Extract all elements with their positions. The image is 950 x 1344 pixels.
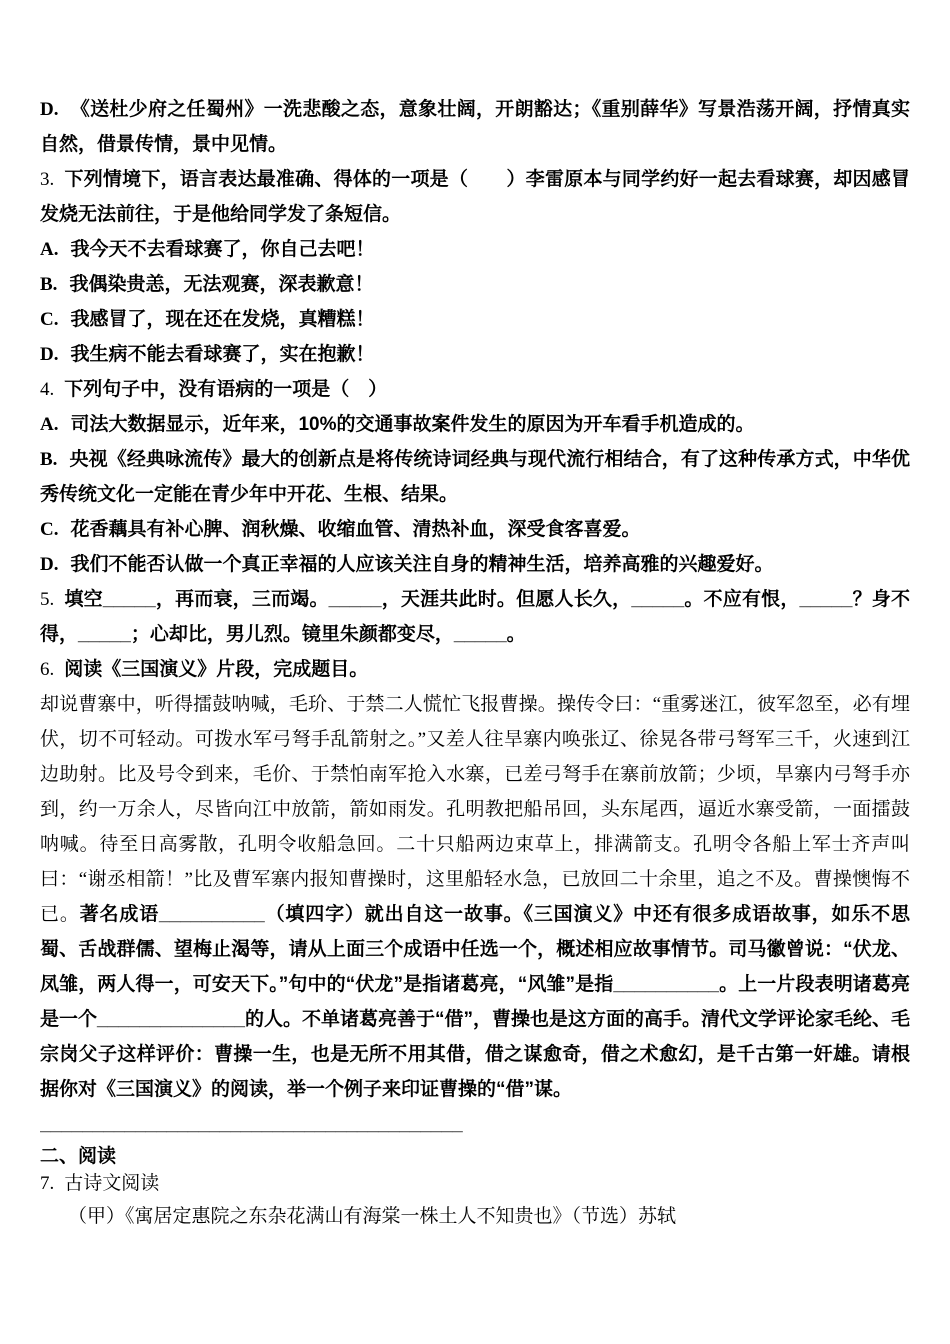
option-label: B.	[40, 274, 57, 295]
question-3-stem: 3.下列情境下，语言表达最准确、得体的一项是（ ）李雷原本与同学约好一起去看球赛…	[40, 162, 910, 232]
question-4-option-d: D.我们不能否认做一个真正幸福的人应该关注自身的精神生活，培养高雅的兴趣爱好。	[40, 547, 910, 582]
option-text: 我生病不能去看球赛了，实在抱歉！	[70, 344, 374, 365]
question-text: 下列情境下，语言表达最准确、得体的一项是（ ）李雷原本与同学约好一起去看球赛，却…	[40, 169, 910, 225]
option-label: C.	[40, 519, 58, 540]
answer-blank-line: ________________________________________	[40, 1107, 910, 1142]
option-text: 央视《经典咏流传》最大的创新点是将传统诗词经典与现代流行相结合，有了这种传承方式…	[40, 449, 910, 505]
question-text: 填空_____，再而衰，三而竭。_____，天涯共此时。但愿人长久，_____。…	[40, 589, 910, 645]
question-4-option-c: C.花香藕具有补心脾、润秋燥、收缩血管、清热补血，深受食客喜爱。	[40, 512, 910, 547]
option-label: D.	[40, 344, 58, 365]
exam-page: D.《送杜少府之任蜀州》一洗悲酸之态，意象壮阔，开朗豁达；《重别薛华》写景浩荡开…	[0, 0, 950, 1344]
passage-title-text: （甲）《寓居定惠院之东杂花满山有海棠一株土人不知贵也》（节选）苏轼	[68, 1206, 676, 1227]
option-label: A.	[40, 414, 58, 435]
option-text: 司法大数据显示，近年来，10%的交通事故案件发生的原因为开车看手机造成的。	[70, 414, 754, 435]
option-text: 我今天不去看球赛了，你自己去吧！	[70, 239, 374, 260]
option-label: C.	[40, 309, 58, 330]
question-3-option-d: D.我生病不能去看球赛了，实在抱歉！	[40, 337, 910, 372]
question-4-option-a: A.司法大数据显示，近年来，10%的交通事故案件发生的原因为开车看手机造成的。	[40, 407, 910, 442]
reading-passage-title: （甲）《寓居定惠院之东杂花满山有海棠一株土人不知贵也》（节选）苏轼	[40, 1202, 910, 1232]
option-text: 花香藕具有补心脾、润秋燥、收缩血管、清热补血，深受食客喜爱。	[70, 519, 640, 540]
question-number: 5.	[40, 589, 54, 610]
question-text: 下列句子中，没有语病的一项是（ ）	[64, 379, 387, 400]
question-text: 古诗文阅读	[64, 1173, 159, 1194]
question-3-option-a: A.我今天不去看球赛了，你自己去吧！	[40, 232, 910, 267]
question-text: 阅读《三国演义》片段，完成题目。	[64, 659, 368, 680]
blank-underline: ________________________________________	[40, 1114, 463, 1135]
prev-question-option-d: D.《送杜少府之任蜀州》一洗悲酸之态，意象壮阔，开朗豁达；《重别薛华》写景浩荡开…	[40, 92, 910, 162]
question-number: 6.	[40, 659, 54, 680]
section-2-heading: 二、阅读	[40, 1144, 910, 1170]
question-3-option-b: B.我偶染贵恙，无法观赛，深表歉意！	[40, 267, 910, 302]
question-4-stem: 4.下列句子中，没有语病的一项是（ ）	[40, 372, 910, 407]
option-text: 我偶染贵恙，无法观赛，深表歉意！	[69, 274, 373, 295]
exam-body: D.《送杜少府之任蜀州》一洗悲酸之态，意象壮阔，开朗豁达；《重别薛华》写景浩荡开…	[40, 92, 910, 1142]
question-number: 7.	[40, 1173, 54, 1194]
question-number: 3.	[40, 169, 54, 190]
question-number: 4.	[40, 379, 54, 400]
question-7: 7.古诗文阅读	[40, 1170, 910, 1197]
question-3-option-c: C.我感冒了，现在还在发烧，真糟糕！	[40, 302, 910, 337]
question-text: 著名成语__________（填四字）就出自这一故事。《三国演义》中还有很多成语…	[40, 904, 910, 1100]
question-6-body: 却说曹寨中，听得擂鼓呐喊，毛玠、于禁二人慌忙飞报曹操。操传令曰：“重雾迷江，彼军…	[40, 687, 910, 1107]
option-text: 《送杜少府之任蜀州》一洗悲酸之态，意象壮阔，开朗豁达；《重别薛华》写景浩荡开阔，…	[40, 99, 910, 155]
option-label: A.	[40, 239, 58, 260]
question-4-option-b: B.央视《经典咏流传》最大的创新点是将传统诗词经典与现代流行相结合，有了这种传承…	[40, 442, 910, 512]
option-text: 我们不能否认做一个真正幸福的人应该关注自身的精神生活，培养高雅的兴趣爱好。	[70, 554, 773, 575]
option-label: D.	[40, 554, 58, 575]
question-6-intro: 6.阅读《三国演义》片段，完成题目。	[40, 652, 910, 687]
novel-excerpt: 却说曹寨中，听得擂鼓呐喊，毛玠、于禁二人慌忙飞报曹操。操传令曰：“重雾迷江，彼军…	[40, 694, 910, 925]
option-label: B.	[40, 449, 57, 470]
question-5: 5.填空_____，再而衰，三而竭。_____，天涯共此时。但愿人长久，____…	[40, 582, 910, 652]
option-label: D.	[40, 99, 58, 120]
option-text: 我感冒了，现在还在发烧，真糟糕！	[70, 309, 374, 330]
